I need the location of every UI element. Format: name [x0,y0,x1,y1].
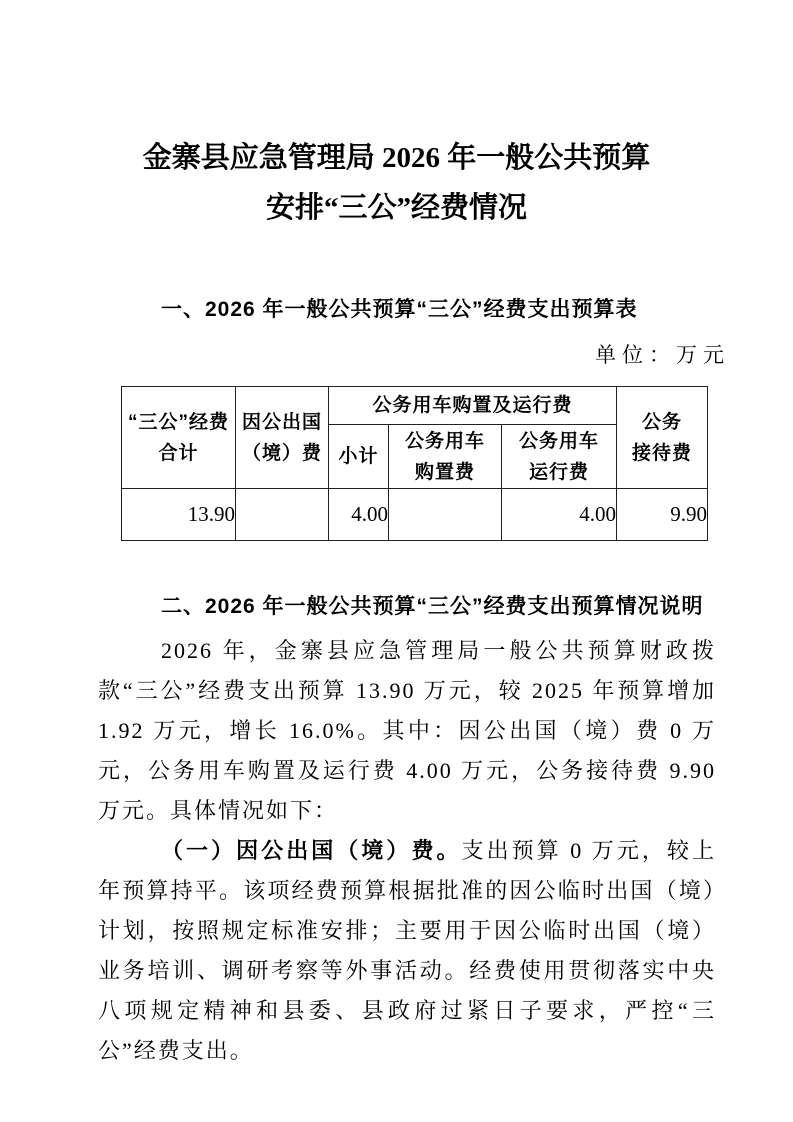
unit-label: 单位：万元 [98,335,730,375]
col-header-vehicle-purchase: 公务用车 购置费 [389,425,502,489]
cell-vehicle-subtotal: 4.00 [329,489,389,541]
cell-vehicle-operation: 4.00 [502,489,617,541]
section2-heading: 二、2026 年一般公共预算“三公”经费支出预算情况说明 [98,587,716,627]
document-body: 一、2026 年一般公共预算“三公”经费支出预算表 单位：万元 “三公”经费 合… [0,290,793,1071]
paragraph-abroad-expense: （一）因公出国（境）费。支出预算 0 万元，较上年预算持平。该项经费预算根据批准… [98,831,716,1071]
col-header-vehicle-group: 公务用车购置及运行费 [329,387,617,425]
table-row: 13.90 4.00 4.00 9.90 [122,489,708,541]
document-page: 金寨县应急管理局 2026 年一般公共预算 安排“三公”经费情况 一、2026 … [0,0,793,1122]
paragraph-abroad-expense-lead: （一）因公出国（境）费。 [161,838,462,863]
page-title-line1: 金寨县应急管理局 2026 年一般公共预算 [40,133,753,183]
col-header-vehicle-subtotal: 小计 [329,425,389,489]
cell-reception: 9.90 [617,489,708,541]
cell-abroad [236,489,329,541]
col-header-reception: 公务 接待费 [617,387,708,489]
col-header-total: “三公”经费 合计 [122,387,236,489]
section1-heading: 一、2026 年一般公共预算“三公”经费支出预算表 [98,290,716,330]
page-title-line2: 安排“三公”经费情况 [40,183,753,233]
col-header-vehicle-operation: 公务用车 运行费 [502,425,617,489]
cell-total: 13.90 [122,489,236,541]
paragraph-budget-summary: 2026 年，金寨县应急管理局一般公共预算财政拨款“三公”经费支出预算 13.9… [98,631,716,831]
page-title: 金寨县应急管理局 2026 年一般公共预算 安排“三公”经费情况 [40,133,753,233]
budget-table: “三公”经费 合计 因公出国 （境）费 公务用车购置及运行费 公务 接待费 小计… [121,386,708,541]
col-header-abroad: 因公出国 （境）费 [236,387,329,489]
cell-vehicle-purchase [389,489,502,541]
paragraph-abroad-expense-body: 支出预算 0 万元，较上年预算持平。该项经费预算根据批准的因公临时出国（境）计划… [98,838,716,1063]
